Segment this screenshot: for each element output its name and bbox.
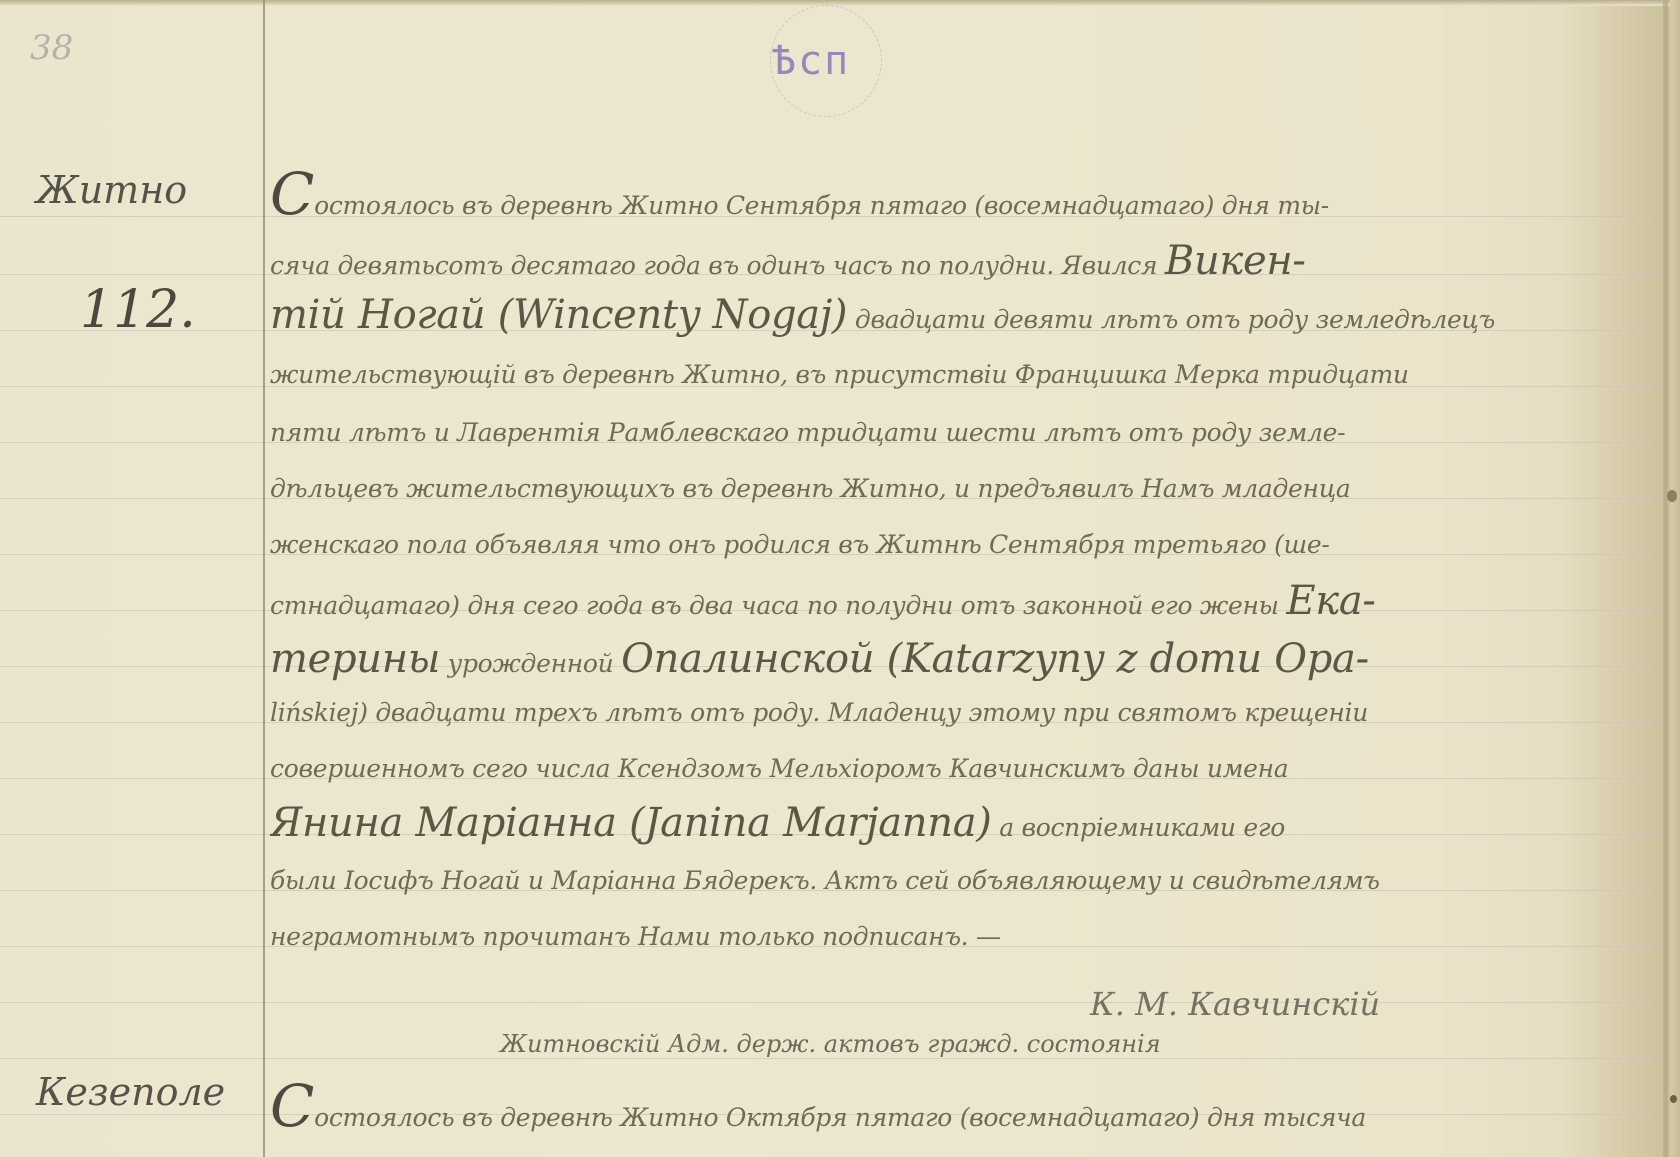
margin-village-name: Житно — [36, 168, 187, 212]
record-line: Янина Маріанна (Janina Marjanna) а воспр… — [270, 800, 1620, 846]
record-text: а воспріемниками его — [992, 813, 1285, 842]
record-text: стнадцатаго) дня сего года въ два часа п… — [270, 591, 1286, 620]
registrar-note: Житновскій Адм. держ. актовъ гражд. сост… — [500, 1030, 1161, 1058]
record-name: Ека- — [1286, 578, 1375, 624]
record-text: дѣльцевъ жительствующихъ въ деревнѣ Житн… — [270, 474, 1350, 503]
ruled-line — [0, 1002, 1663, 1003]
next-record-line: Состоялось въ деревнѣ Житно Октября пята… — [270, 1072, 1620, 1140]
record-text: неграмотнымъ прочитанъ Нами только подпи… — [270, 922, 1001, 951]
margin-record-number: 112. — [80, 280, 196, 340]
record-name: Янина Маріанна (Janina Marjanna) — [270, 800, 992, 846]
record-name: Опалинской (Katarzyny z domu Opa- — [621, 636, 1369, 682]
record-name: Викен- — [1165, 238, 1306, 284]
record-line: Состоялось въ деревнѣ Житно Сентября пят… — [270, 160, 1620, 228]
record-initial: С — [270, 160, 314, 228]
record-line: жительствующій въ деревнѣ Житно, въ прис… — [270, 360, 1620, 389]
page-top-edge — [0, 0, 1680, 6]
record-line: дѣльцевъ жительствующихъ въ деревнѣ Житн… — [270, 474, 1620, 503]
record-line: совершенномъ сего числа Ксендзомъ Мельхі… — [270, 754, 1620, 783]
record-text: совершенномъ сего числа Ксендзомъ Мельхі… — [270, 754, 1288, 783]
record-text: жительствующій въ деревнѣ Житно, въ прис… — [270, 360, 1409, 389]
record-text: двадцати девяти лѣтъ отъ роду земледѣлец… — [847, 305, 1495, 334]
ruled-line — [0, 1058, 1663, 1059]
record-text: были Іосифъ Ногай и Маріанна Бядерекъ. А… — [270, 866, 1380, 895]
record-line: терины урожденной Опалинской (Katarzyny … — [270, 636, 1620, 682]
book-spine-edge — [1663, 0, 1668, 1157]
record-text: пяти лѣтъ и Лаврентія Рамблевскаго тридц… — [270, 418, 1345, 447]
record-name: тій Ногай (Wincenty Nogaj) — [270, 292, 847, 338]
record-initial: С — [270, 1072, 314, 1140]
priest-signature: К. М. Кавчинскій — [1090, 985, 1380, 1023]
register-page: 38 Ѣсп Житно 112. Кезеполе Состоялось въ… — [0, 0, 1680, 1157]
record-line: тій Ногай (Wincenty Nogaj) двадцати девя… — [270, 292, 1620, 338]
record-name: терины — [270, 636, 440, 682]
record-text: остоялось въ деревнѣ Житно Сентября пята… — [314, 191, 1329, 220]
record-text: остоялось въ деревнѣ Житно Октября пятаг… — [314, 1103, 1366, 1132]
book-binding — [1670, 0, 1680, 1157]
record-line: неграмотнымъ прочитанъ Нами только подпи… — [270, 922, 1620, 951]
record-line: пяти лѣтъ и Лаврентія Рамблевскаго тридц… — [270, 418, 1620, 447]
record-text: сяча девятьсотъ десятаго года въ одинъ ч… — [270, 251, 1165, 280]
record-text: женскаго пола объявляя что онъ родился в… — [270, 530, 1330, 559]
record-line: стнадцатаго) дня сего года въ два часа п… — [270, 578, 1620, 624]
binding-hole — [1667, 490, 1677, 502]
record-line: lińskiej) двадцати трехъ лѣтъ отъ роду. … — [270, 698, 1620, 727]
record-text: урожденной — [440, 649, 621, 678]
record-text: lińskiej) двадцати трехъ лѣтъ отъ роду. … — [270, 698, 1368, 727]
margin-village-name-next: Кезеполе — [36, 1070, 225, 1114]
margin-rule — [263, 0, 265, 1157]
record-line: женскаго пола объявляя что онъ родился в… — [270, 530, 1620, 559]
record-line: сяча девятьсотъ десятаго года въ одинъ ч… — [270, 238, 1620, 284]
ink-stamp: Ѣсп — [772, 38, 850, 84]
pencil-page-number: 38 — [30, 28, 73, 68]
record-line: были Іосифъ Ногай и Маріанна Бядерекъ. А… — [270, 866, 1620, 895]
binding-hole — [1670, 1095, 1677, 1103]
